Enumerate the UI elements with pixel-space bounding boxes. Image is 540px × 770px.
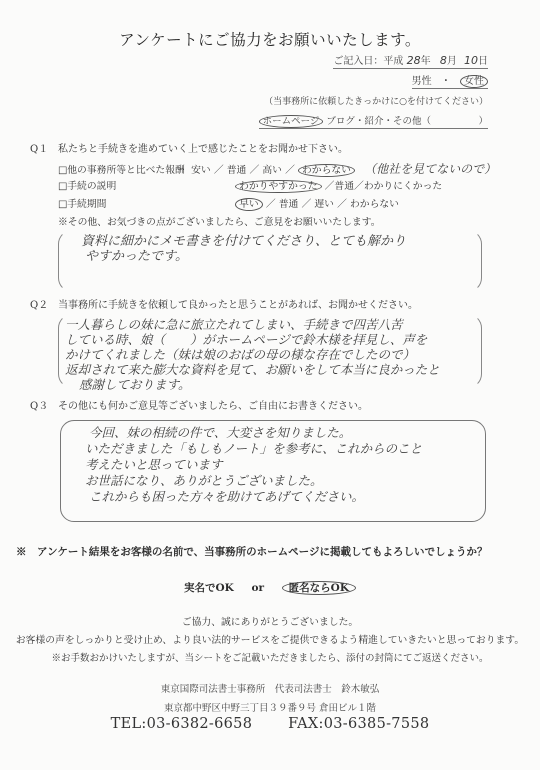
q2-number: Q２ <box>30 296 58 311</box>
closing-return-note: ※お手数おかけいたしますが、当シートをご記載いただきましたら、添付の封筒にてご返… <box>0 650 540 664</box>
q2-question: Q２当事務所に手続きを依頼して良かったと思うことがあれば、お聞かせください。 <box>30 296 418 311</box>
q1-row-fee: □他の事務所等と比べた報酬 安い ／ 普通 ／ 高い ／ わからない （他社を見… <box>58 160 496 177</box>
footer-address: 東京都中野区中野三丁目３９番９号 倉田ビル１階 <box>0 700 540 714</box>
q1-explanation-option-unclear[interactable]: わかりにくかった <box>364 181 442 192</box>
q3-answer-line: 考えたいと思っています <box>85 457 485 473</box>
q3-answer-line: お世話になり、ありがとうございました。 <box>85 473 485 489</box>
q1-period-option-unknown[interactable]: わからない <box>350 199 399 210</box>
closing-thanks: ご協力、誠にありがとうございました。 <box>0 614 540 628</box>
q1-fee-note: （他社を見てないので） <box>364 162 496 176</box>
gender-field: 男性 ・ 女性 <box>412 72 488 87</box>
gender-male-option[interactable]: 男性 <box>412 76 432 87</box>
q3-number: Q３ <box>30 397 58 412</box>
q1-period-option-normal[interactable]: 普通 <box>279 199 299 210</box>
trigger-option-homepage[interactable]: ホームページ <box>259 115 324 128</box>
q1-answer-line: やすかったです。 <box>81 249 481 264</box>
date-year-unit: 年 <box>421 56 431 67</box>
q1-row-period-label: □手続期間 <box>58 196 232 210</box>
footer-office: 東京国際司法書士事務所 代表司法書士 鈴木敏弘 <box>0 681 540 695</box>
q1-answer-line: 資料に細かにメモ書きを付けてくださり、とても解かり <box>81 234 481 249</box>
footer-contact: TEL:03-6382-6658 FAX:03-6385-7558 <box>0 716 540 732</box>
q1-question: Q１私たちと手続きを進めていく上で感じたことをお聞かせ下さい。 <box>30 140 348 155</box>
date-day: 10 <box>464 54 478 67</box>
trigger-instruction: （当事務所に依頼したきっかけに○を付けてください） <box>264 94 488 107</box>
q1-period-option-slow[interactable]: 遅い <box>314 199 334 210</box>
gender-separator: ・ <box>441 76 451 87</box>
date-day-unit: 日 <box>478 56 488 67</box>
q1-explanation-option-clear[interactable]: わかりやすかった <box>235 180 321 193</box>
q3-answer-box[interactable]: 今回、妹の相続の件で、大変さを知りました。 いただきました「もしもノート」を参考… <box>60 420 486 522</box>
entry-date: ご記入日：平成 28年 8月 10日 <box>333 52 488 67</box>
q1-fee-option-cheap[interactable]: 安い <box>191 165 211 176</box>
q1-row-explanation-label: □手続の説明 <box>58 178 232 192</box>
q3-question: Q３その他にも何かご意見等ございましたら、ご自由にお書きください。 <box>30 397 368 412</box>
q1-period-option-fast[interactable]: 早い <box>235 198 263 211</box>
publish-option-anonymous[interactable]: 匿名ならOK <box>282 581 356 595</box>
footer-fax: FAX:03-6385-7558 <box>288 716 429 732</box>
q1-row-period: □手続期間 早い ／ 普通 ／ 遅い ／ わからない <box>58 196 399 210</box>
q3-text: その他にも何かご意見等ございましたら、ご自由にお書きください。 <box>58 401 368 412</box>
publish-option-real-name[interactable]: 実名でOK <box>184 582 234 594</box>
q2-answer-line: している時、娘（ ）がホームページで鈴木様を拝見し、声を <box>65 332 481 347</box>
date-month: 8 <box>440 54 447 67</box>
q2-text: 当事務所に手続きを依頼して良かったと思うことがあれば、お聞かせください。 <box>58 300 418 311</box>
publish-question: ※ アンケート結果をお客様の名前で、当事務所のホームページに掲載してもよろしいで… <box>16 544 487 559</box>
q1-comment-prompt: ※その他、お気づきの点がございましたら、ご意見をお願いいたします。 <box>58 214 381 228</box>
q1-fee-option-high[interactable]: 高い <box>262 165 282 176</box>
q2-answer-line: 一人暮らしの妹に急に旅立たれてしまい、手続きで四苦八苦 <box>65 317 481 332</box>
q1-answer-box[interactable]: 資料に細かにメモ書きを付けてくださり、とても解かり やすかったです。 <box>58 230 482 292</box>
date-label: ご記入日：平成 <box>333 56 403 67</box>
q1-row-explanation: □手続の説明 わかりやすかった ／普通／わかりにくかった <box>58 178 442 192</box>
page-title: アンケートにご協力をお願いいたします。 <box>0 28 540 50</box>
q1-explanation-option-normal[interactable]: 普通 <box>334 181 354 192</box>
q1-number: Q１ <box>30 140 58 155</box>
trigger-option-referral[interactable]: 紹介 <box>364 116 383 127</box>
trigger-options: ホームページ ブログ・紹介・その他（ ） <box>259 113 488 127</box>
footer-tel: TEL:03-6382-6658 <box>111 716 253 732</box>
q3-answer-line: これからも困った方々を助けてあげてください。 <box>89 489 485 505</box>
q3-answer-line: いただきました「もしもノート」を参考に、これからのこと <box>85 441 485 457</box>
date-month-unit: 月 <box>447 56 457 67</box>
q1-row-fee-label: □他の事務所等と比べた報酬 <box>58 162 188 176</box>
date-year: 28 <box>407 54 421 67</box>
closing-message: お客様の声をしっかりと受け止め、より良い法的サービスをご提供できるよう精進してい… <box>0 632 540 646</box>
publish-options: 実名でOK or 匿名ならOK <box>0 580 540 595</box>
gender-female-option[interactable]: 女性 <box>460 75 488 88</box>
publish-or: or <box>251 582 264 594</box>
trigger-option-other[interactable]: その他（ ） <box>393 116 488 127</box>
q2-answer-line: 返却されて来た膨大な資料を見て、お願いをして本当に良かったと <box>65 362 481 377</box>
q1-text: 私たちと手続きを進めていく上で感じたことをお聞かせ下さい。 <box>58 144 348 155</box>
q2-answer-line: 感謝しております。 <box>65 377 481 392</box>
trigger-option-blog[interactable]: ブログ <box>326 116 355 127</box>
q3-answer-line: 今回、妹の相続の件で、大変さを知りました。 <box>89 425 485 441</box>
q1-fee-option-unknown[interactable]: わからない <box>298 164 355 177</box>
q2-answer-box[interactable]: 一人暮らしの妹に急に旅立たれてしまい、手続きで四苦八苦 している時、娘（ ）がホ… <box>58 314 482 388</box>
q2-answer-line: かけてくれました（妹は娘のおばの母の様な存在でしたので） <box>65 347 481 362</box>
q1-fee-option-normal[interactable]: 普通 <box>227 165 247 176</box>
